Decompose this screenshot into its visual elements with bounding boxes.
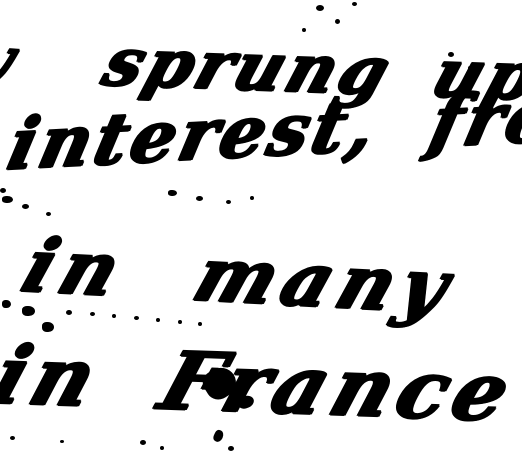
line-4-text: in France [0,328,522,439]
handwriting-line-2: interest, from [2,76,522,180]
handwriting-line-4: in Francey [0,335,522,436]
scanned-manuscript-page: y sprung upm interest, from in manyw in … [0,0,522,452]
handwriting-line-3: in manyw [14,229,522,332]
line-3-cutoff-word: w [516,250,522,338]
line-3-text: in many [12,223,467,330]
edge-word-fragment: y [0,27,22,90]
